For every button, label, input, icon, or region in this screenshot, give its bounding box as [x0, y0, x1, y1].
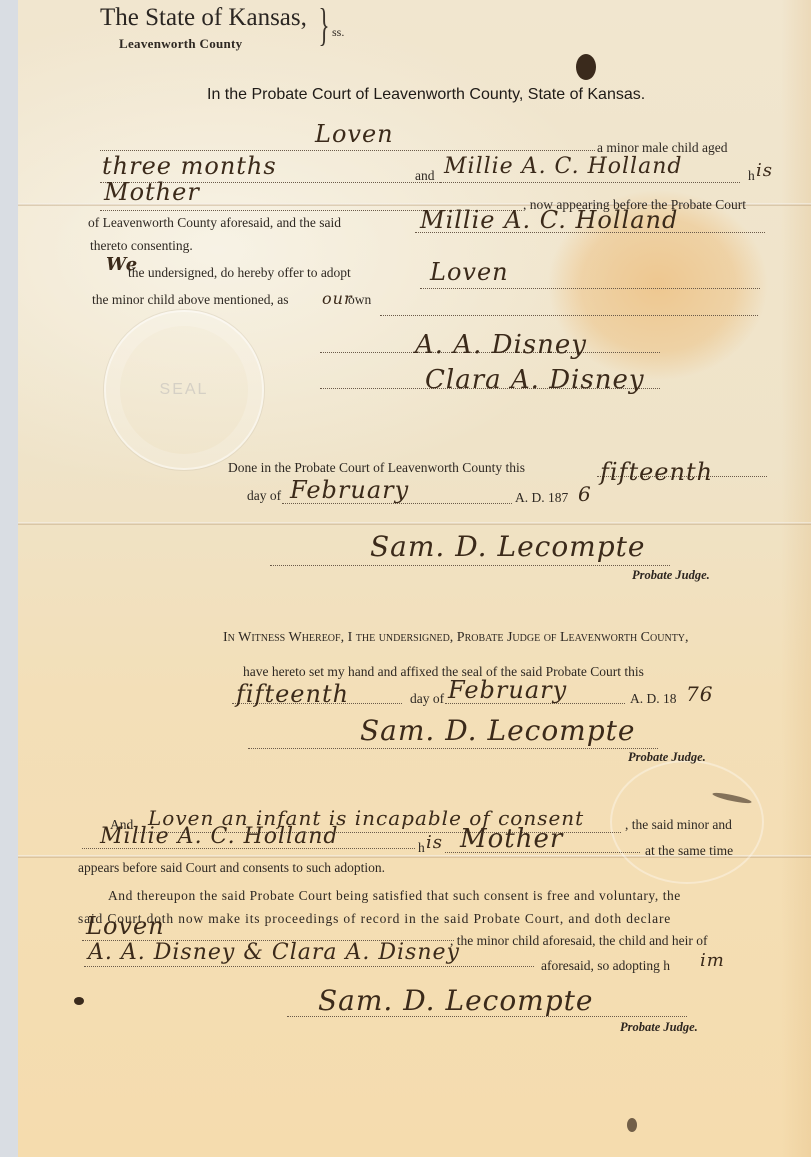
- ink-blot: [576, 54, 596, 80]
- age-handwritten: three months: [102, 152, 277, 180]
- signature-line: [248, 748, 658, 749]
- year-digit-handwritten: 6: [578, 482, 592, 506]
- parent-name-handwritten-2: Millie A. C. Holland: [420, 206, 678, 234]
- fold-line: [18, 522, 811, 525]
- probate-judge-label-3: Probate Judge.: [620, 1020, 698, 1035]
- child-name-handwritten-3: Loven: [86, 912, 165, 940]
- brace-glyph: }: [319, 2, 330, 48]
- his-handwritten: is: [756, 160, 773, 181]
- probate-judge-label-2: Probate Judge.: [628, 750, 706, 765]
- printed-county-aforesaid: of Leavenworth County aforesaid, and the…: [88, 215, 341, 231]
- child-name-handwritten-2: Loven: [430, 258, 509, 286]
- parent-name-handwritten: Millie A. C. Holland: [444, 154, 682, 179]
- day-handwritten-2: fifteenth: [236, 680, 349, 708]
- fill-line: [100, 150, 595, 151]
- fill-line: [84, 966, 534, 967]
- printed-offer-to-adopt: the undersigned, do hereby offer to adop…: [128, 265, 351, 281]
- printed-done-in-court: Done in the Probate Court of Leavenworth…: [228, 460, 525, 476]
- printed-said-minor-and: , the said minor and: [625, 817, 732, 833]
- day-handwritten: fifteenth: [600, 458, 713, 486]
- printed-consents-to-adoption: appears before said Court and consents t…: [78, 860, 385, 876]
- month-handwritten-2: February: [448, 676, 567, 704]
- adopter-signature-2: Clara A. Disney: [425, 365, 645, 395]
- printed-ad: A. D. 187: [515, 490, 568, 506]
- ink-spot: [627, 1118, 637, 1132]
- judge-signature-3: Sam. D. Lecompte: [318, 984, 593, 1017]
- probate-judge-label: Probate Judge.: [632, 568, 710, 583]
- adopter-signature-1: A. A. Disney: [415, 330, 587, 360]
- printed-hand-and-seal: have hereto set my hand and affixed the …: [243, 664, 644, 680]
- him-handwritten: im: [700, 950, 725, 971]
- printed-his-prefix-2: h: [418, 840, 425, 856]
- paper-edge-stain: [781, 0, 811, 1157]
- printed-same-time: at the same time: [645, 843, 733, 859]
- printed-and: and: [415, 168, 435, 184]
- fill-line: [380, 315, 758, 316]
- ink-spot: [74, 997, 84, 1005]
- printed-own: own: [348, 292, 371, 308]
- child-name-handwritten: Loven: [315, 120, 394, 148]
- printed-child-and-heir: , the minor child aforesaid, the child a…: [450, 933, 708, 949]
- year-handwritten: 76: [686, 682, 713, 706]
- fill-line: [440, 182, 740, 183]
- printed-ad-2: A. D. 18: [630, 691, 677, 707]
- month-handwritten: February: [290, 476, 409, 504]
- judge-signature-2: Sam. D. Lecompte: [360, 714, 635, 747]
- signature-line: [270, 565, 670, 566]
- adopters-handwritten: A. A. Disney & Clara A. Disney: [88, 940, 460, 965]
- printed-so-adopting: aforesaid, so adopting h: [541, 958, 670, 974]
- parent-name-handwritten-3: Millie A. C. Holland: [100, 824, 338, 849]
- county-title: Leavenworth County: [119, 36, 243, 52]
- relation-handwritten: Mother: [104, 178, 200, 206]
- relation-handwritten-2: Mother: [460, 824, 563, 854]
- court-heading: In the Probate Court of Leavenworth Coun…: [207, 86, 645, 104]
- printed-day-of-2: day of: [410, 691, 444, 707]
- his-handwritten-2: is: [426, 832, 443, 853]
- printed-in-witness-whereof: In Witness Whereof, I the undersigned, P…: [223, 630, 689, 646]
- ss-mark: ss.: [332, 25, 344, 40]
- fill-line: [420, 288, 760, 289]
- embossed-court-seal: SEAL: [104, 310, 264, 470]
- state-title: The State of Kansas,: [100, 4, 307, 32]
- printed-his-prefix: h: [748, 168, 755, 184]
- printed-proceedings-of-record: said Court doth now make its proceedings…: [78, 911, 671, 927]
- judge-signature-1: Sam. D. Lecompte: [370, 530, 645, 563]
- printed-day-of: day of: [247, 488, 281, 504]
- printed-satisfied-consent: And thereupon the said Probate Court bei…: [108, 888, 681, 904]
- printed-consenting: thereto consenting.: [90, 238, 193, 254]
- printed-child-above-mentioned: the minor child above mentioned, as: [92, 292, 288, 308]
